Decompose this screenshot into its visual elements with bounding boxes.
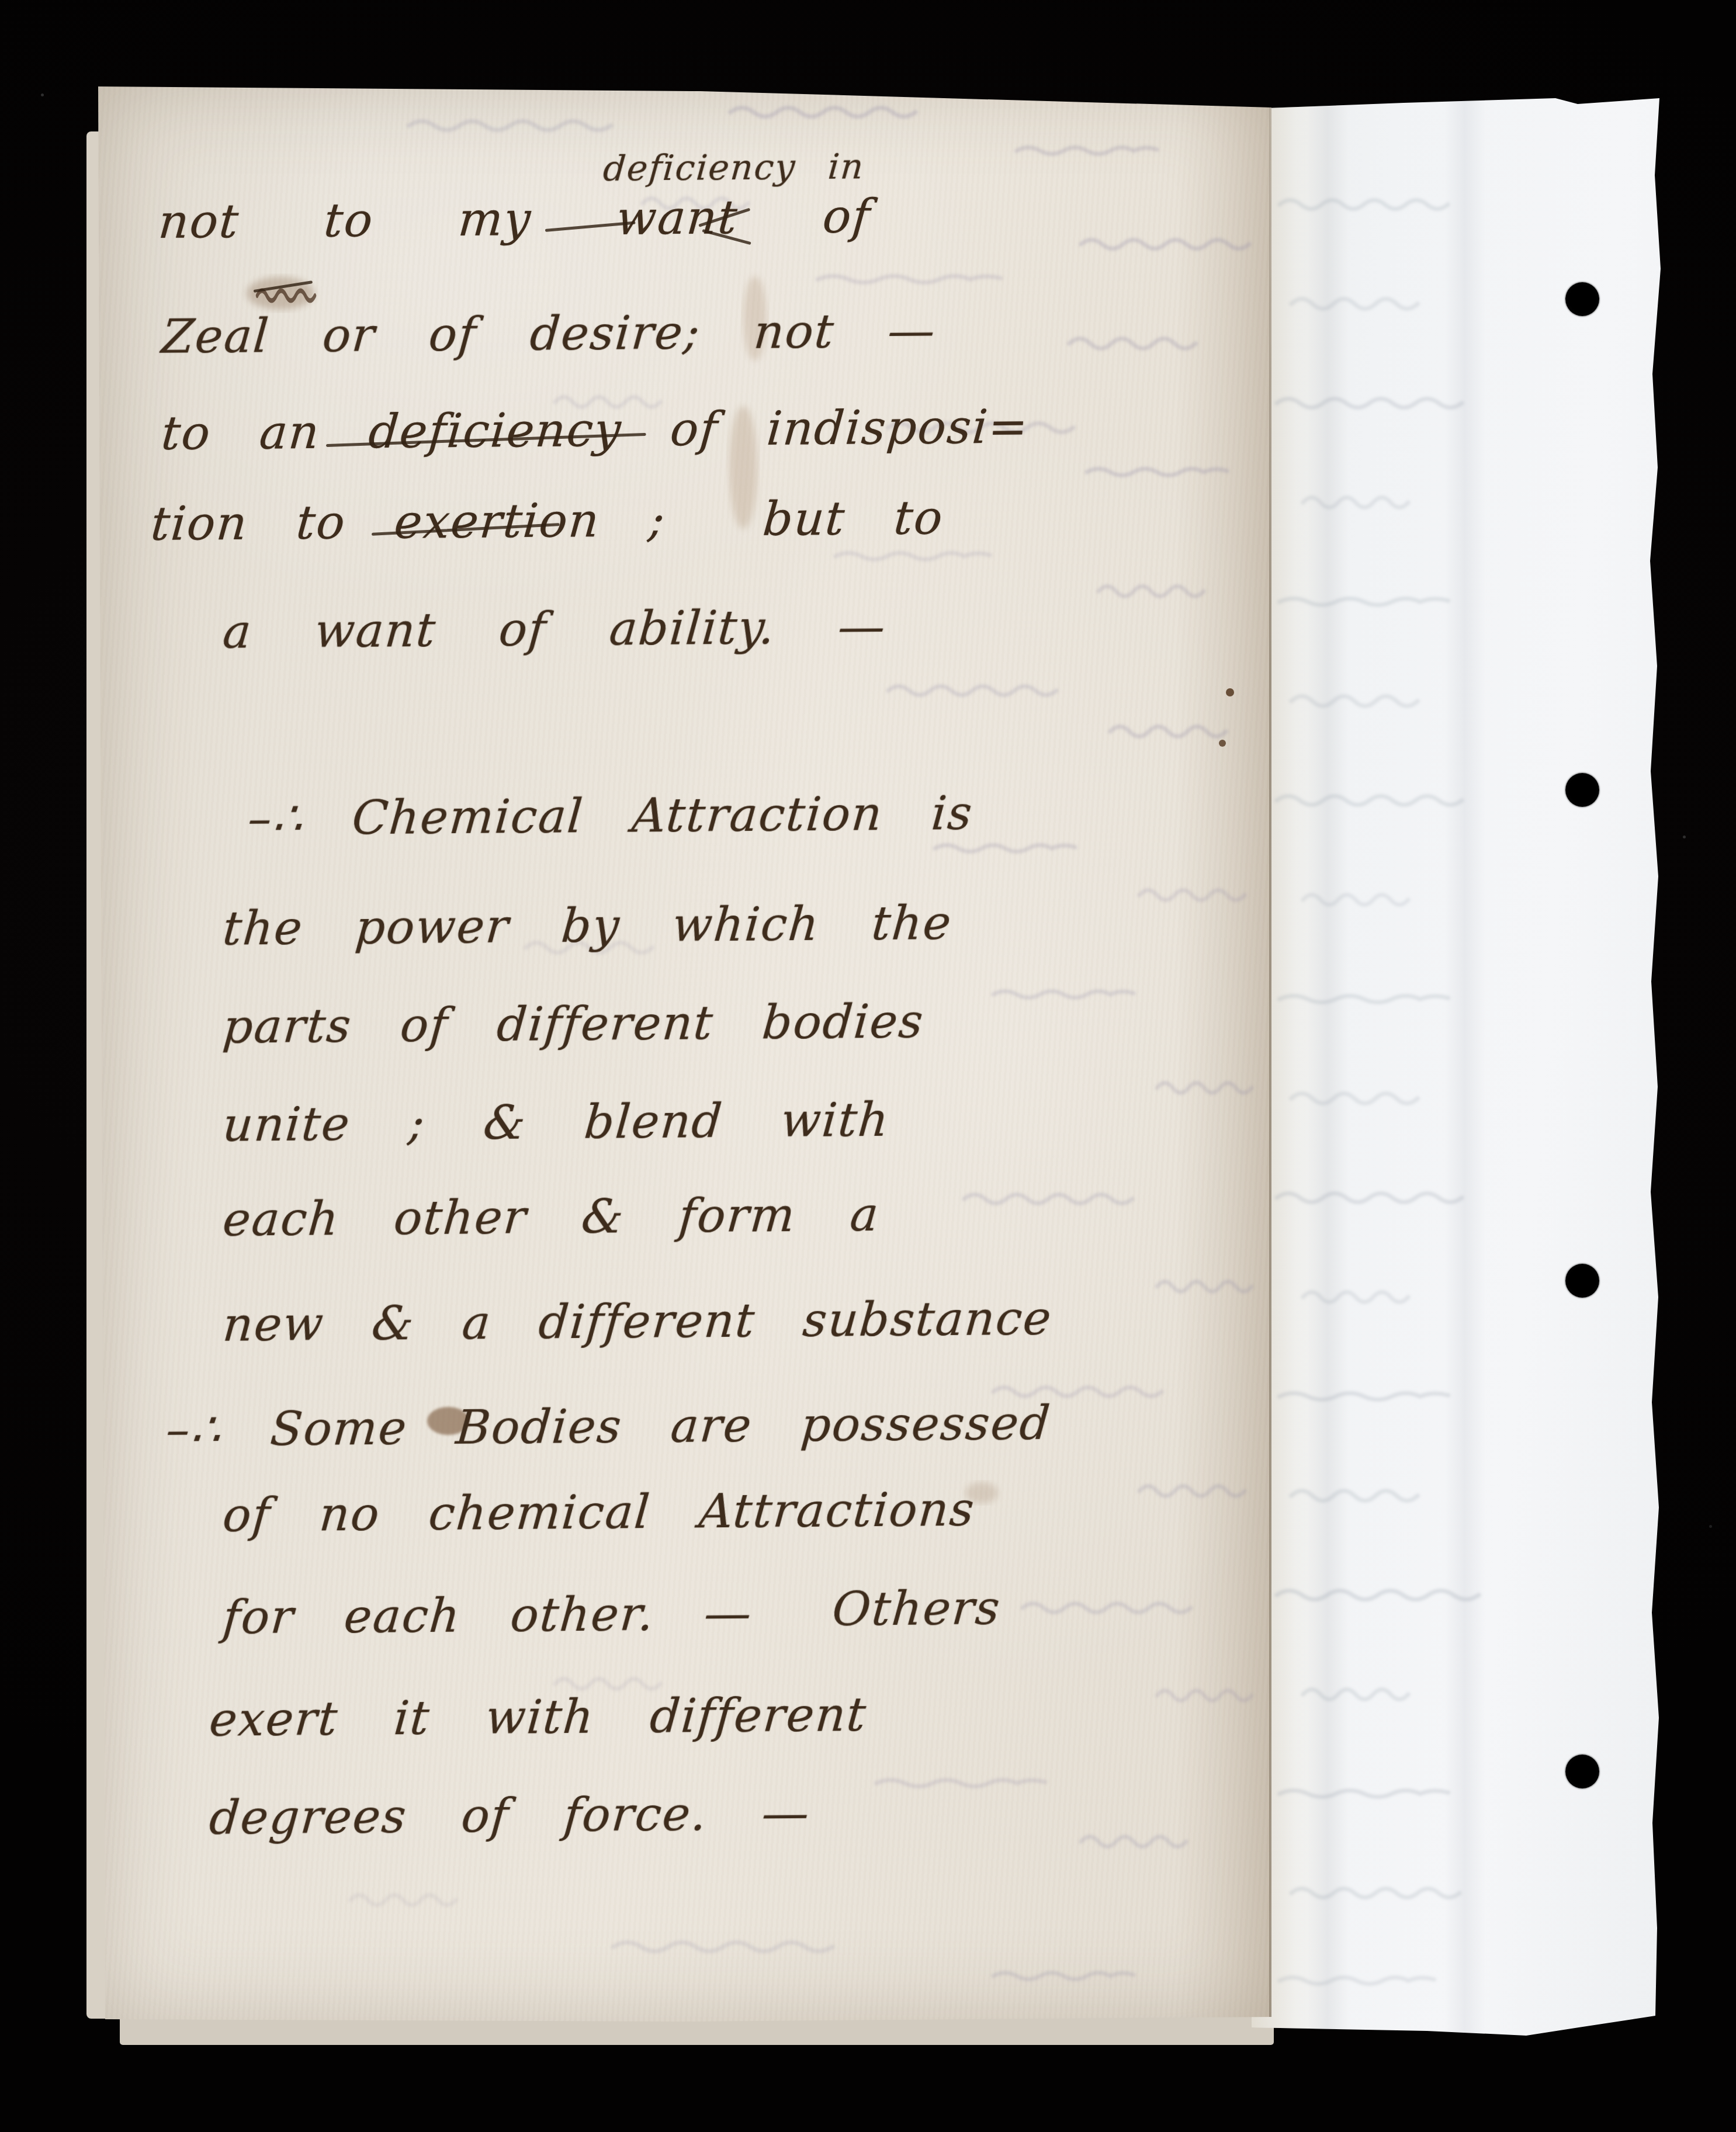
manuscript-page: deficiency in not to my want of Zeal or … bbox=[98, 82, 1271, 2023]
handwriting-line: for each other. — bbox=[221, 1589, 754, 1642]
manuscript-photo: deficiency in not to my want of Zeal or … bbox=[0, 0, 1736, 2132]
archival-paper-strip bbox=[1252, 93, 1661, 2039]
handwriting-line: not to my want of bbox=[157, 192, 872, 247]
handwriting-line: a want of ability. — bbox=[221, 602, 888, 657]
handwriting-line: each other & form a bbox=[221, 1190, 881, 1244]
punch-hole-4 bbox=[1565, 1755, 1599, 1788]
handwriting-line: parts of different bodies bbox=[221, 997, 926, 1052]
dust-speck bbox=[1709, 1525, 1712, 1528]
handwriting-line: degrees of force. — bbox=[207, 1789, 812, 1843]
handwriting-line: tion to exertion ; but to bbox=[149, 493, 945, 549]
dust-speck bbox=[41, 93, 44, 96]
show-through-writing-strip bbox=[1252, 93, 1661, 2039]
handwriting-line: –∴ Some Bodies are possessed bbox=[164, 1399, 1052, 1455]
handwriting-line: of no chemical Attractions bbox=[221, 1485, 976, 1540]
handwriting-insert: deficiency in bbox=[602, 148, 866, 188]
handwriting-line: Others bbox=[830, 1584, 1003, 1634]
handwriting-line: Zeal or of desire; not — bbox=[160, 307, 938, 362]
punch-hole-3 bbox=[1565, 1264, 1599, 1298]
dust-speck bbox=[1683, 836, 1686, 838]
punch-hole-1 bbox=[1565, 282, 1599, 316]
handwriting-line: unite ; & blend with bbox=[221, 1096, 891, 1150]
punch-hole-2 bbox=[1565, 773, 1599, 807]
handwriting-line: –∴ Chemical Attraction is bbox=[246, 789, 975, 844]
handwriting-line: exert it with different bbox=[207, 1690, 868, 1745]
ghost-writing-group bbox=[1277, 200, 1479, 1984]
handwriting-line: new & a different substance bbox=[221, 1294, 1054, 1350]
handwriting-line: to an deficiency of indisposi= bbox=[160, 402, 1031, 458]
handwriting-line: the power by which the bbox=[221, 899, 954, 954]
